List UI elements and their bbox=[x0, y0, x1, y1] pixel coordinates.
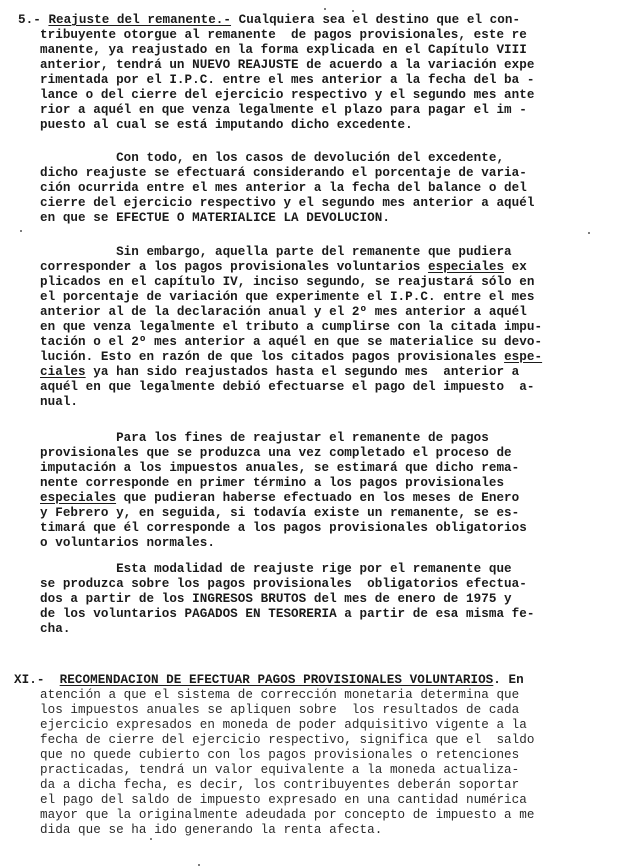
paragraph-4-line: o voluntarios normales. bbox=[40, 536, 215, 551]
scan-speck bbox=[588, 232, 590, 234]
paragraph-3-line: ciales ya han sido reajustados hasta el … bbox=[40, 365, 519, 380]
section-5-title: Reajuste del remanente.- bbox=[48, 13, 231, 27]
section-11-number: XI.- bbox=[14, 673, 44, 687]
section-5-line: rimentada por el I.P.C. entre el mes ant… bbox=[40, 73, 535, 88]
section-5-number: 5.- bbox=[18, 13, 41, 27]
paragraph-3-line: lución. Esto en razón de que los citados… bbox=[40, 350, 542, 365]
paragraph-2-line: ción ocurrida entre el mes anterior a la… bbox=[40, 181, 527, 196]
section-5-line: puesto al cual se está imputando dicho e… bbox=[40, 118, 413, 133]
underlined-especiales: especiales bbox=[428, 260, 504, 274]
text-span: que pudieran haberse efectuado en los me… bbox=[116, 491, 519, 505]
section-5-line-0: Cualquiera sea el destino que el con- bbox=[231, 13, 520, 27]
section-5-line: tribuyente otorgue al remanente de pagos… bbox=[40, 28, 527, 43]
paragraph-3-line: tación o el 2º mes anterior a aquél en q… bbox=[40, 335, 542, 350]
section-11-line: el pago del saldo de impuesto expresado … bbox=[40, 793, 527, 808]
paragraph-2-line: en que se EFECTUE O MATERIALICE LA DEVOL… bbox=[40, 211, 390, 226]
paragraph-3-line: aquél en que legalmente debió efectuarse… bbox=[40, 380, 535, 395]
section-11-line: mayor que la originalmente adeudada por … bbox=[40, 808, 535, 823]
paragraph-5-line: Esta modalidad de reajuste rige por el r… bbox=[40, 562, 512, 577]
section-11-title: RECOMENDACION DE EFECTUAR PAGOS PROVISIO… bbox=[60, 673, 494, 687]
scan-speck bbox=[198, 864, 200, 866]
paragraph-3-line: plicados en el capítulo IV, inciso segun… bbox=[40, 275, 535, 290]
section-11-first-line: XI.- RECOMENDACION DE EFECTUAR PAGOS PRO… bbox=[14, 673, 524, 688]
text-span: lución. Esto en razón de que los citados… bbox=[40, 350, 504, 364]
section-5-line: manente, ya reajustado en la forma expli… bbox=[40, 43, 527, 58]
paragraph-5-line: dos a partir de los INGRESOS BRUTOS del … bbox=[40, 592, 512, 607]
text-span: ex bbox=[504, 260, 527, 274]
paragraph-4-line: provisionales que se produzca una vez co… bbox=[40, 446, 512, 461]
section-5-first-line: 5.- Reajuste del remanente.- Cualquiera … bbox=[18, 13, 520, 28]
section-11-line: da a dicha fecha, es decir, los contribu… bbox=[40, 778, 519, 793]
text-span: ya han sido reajustados hasta el segundo… bbox=[86, 365, 520, 379]
paragraph-5-line: se produzca sobre los pagos provisionale… bbox=[40, 577, 527, 592]
underlined-espe: espe- bbox=[504, 350, 542, 364]
text-span: . En bbox=[493, 673, 523, 687]
section-11-line: que no quede cubierto con los pagos prov… bbox=[40, 748, 519, 763]
paragraph-4-line: nente corresponde en primer término a lo… bbox=[40, 476, 504, 491]
paragraph-4-line: y Febrero y, en seguida, si todavía exis… bbox=[40, 506, 519, 521]
paragraph-2-line: cierre del ejercicio respectivo y el seg… bbox=[40, 196, 535, 211]
underlined-especiales: especiales bbox=[40, 491, 116, 505]
paragraph-3-line: anterior al de la declaración anual y el… bbox=[40, 305, 527, 320]
scan-speck bbox=[150, 838, 152, 840]
section-11-line: dida que se ha ido generando la renta af… bbox=[40, 823, 382, 838]
paragraph-3-line: Sin embargo, aquella parte del remanente… bbox=[40, 245, 512, 260]
section-11-line: practicadas, tendrá un valor equivalente… bbox=[40, 763, 519, 778]
paragraph-2-line: dicho reajuste se efectuará considerando… bbox=[40, 166, 527, 181]
paragraph-3-line: el porcentaje de variación que experimen… bbox=[40, 290, 535, 305]
paragraph-3-line: nual. bbox=[40, 395, 78, 410]
section-5-line: lance o del cierre del ejercicio respect… bbox=[40, 88, 535, 103]
section-11-line: fecha de cierre del ejercicio respectivo… bbox=[40, 733, 535, 748]
section-11-line: ejercicio expresados en moneda de poder … bbox=[40, 718, 527, 733]
scan-speck bbox=[20, 230, 22, 232]
paragraph-5-line: de los voluntarios PAGADOS EN TESORERIA … bbox=[40, 607, 535, 622]
section-11-line: atención a que el sistema de corrección … bbox=[40, 688, 519, 703]
section-11-line: los impuestos anuales se apliquen sobre … bbox=[40, 703, 519, 718]
scan-speck bbox=[352, 10, 354, 12]
underlined-ciales: ciales bbox=[40, 365, 86, 379]
section-5-line: rior a aquél en que venza legalmente el … bbox=[40, 103, 527, 118]
paragraph-3-line: en que venza legalmente el tributo a cum… bbox=[40, 320, 542, 335]
section-5-line: anterior, tendrá un NUEVO REAJUSTE de ac… bbox=[40, 58, 535, 73]
paragraph-4-line: Para los fines de reajustar el remanente… bbox=[40, 431, 489, 446]
scan-speck bbox=[324, 8, 326, 10]
paragraph-5-line: cha. bbox=[40, 622, 70, 637]
paragraph-3-line: corresponder a los pagos provisionales v… bbox=[40, 260, 527, 275]
paragraph-2-line: Con todo, en los casos de devolución del… bbox=[40, 151, 504, 166]
paragraph-4-line: especiales que pudieran haberse efectuad… bbox=[40, 491, 519, 506]
text-span: corresponder a los pagos provisionales v… bbox=[40, 260, 428, 274]
typewritten-document-page: 5.- Reajuste del remanente.- Cualquiera … bbox=[0, 0, 630, 868]
paragraph-4-line: imputación a los impuestos anuales, se e… bbox=[40, 461, 519, 476]
paragraph-4-line: timará que él corresponde a los pagos pr… bbox=[40, 521, 527, 536]
